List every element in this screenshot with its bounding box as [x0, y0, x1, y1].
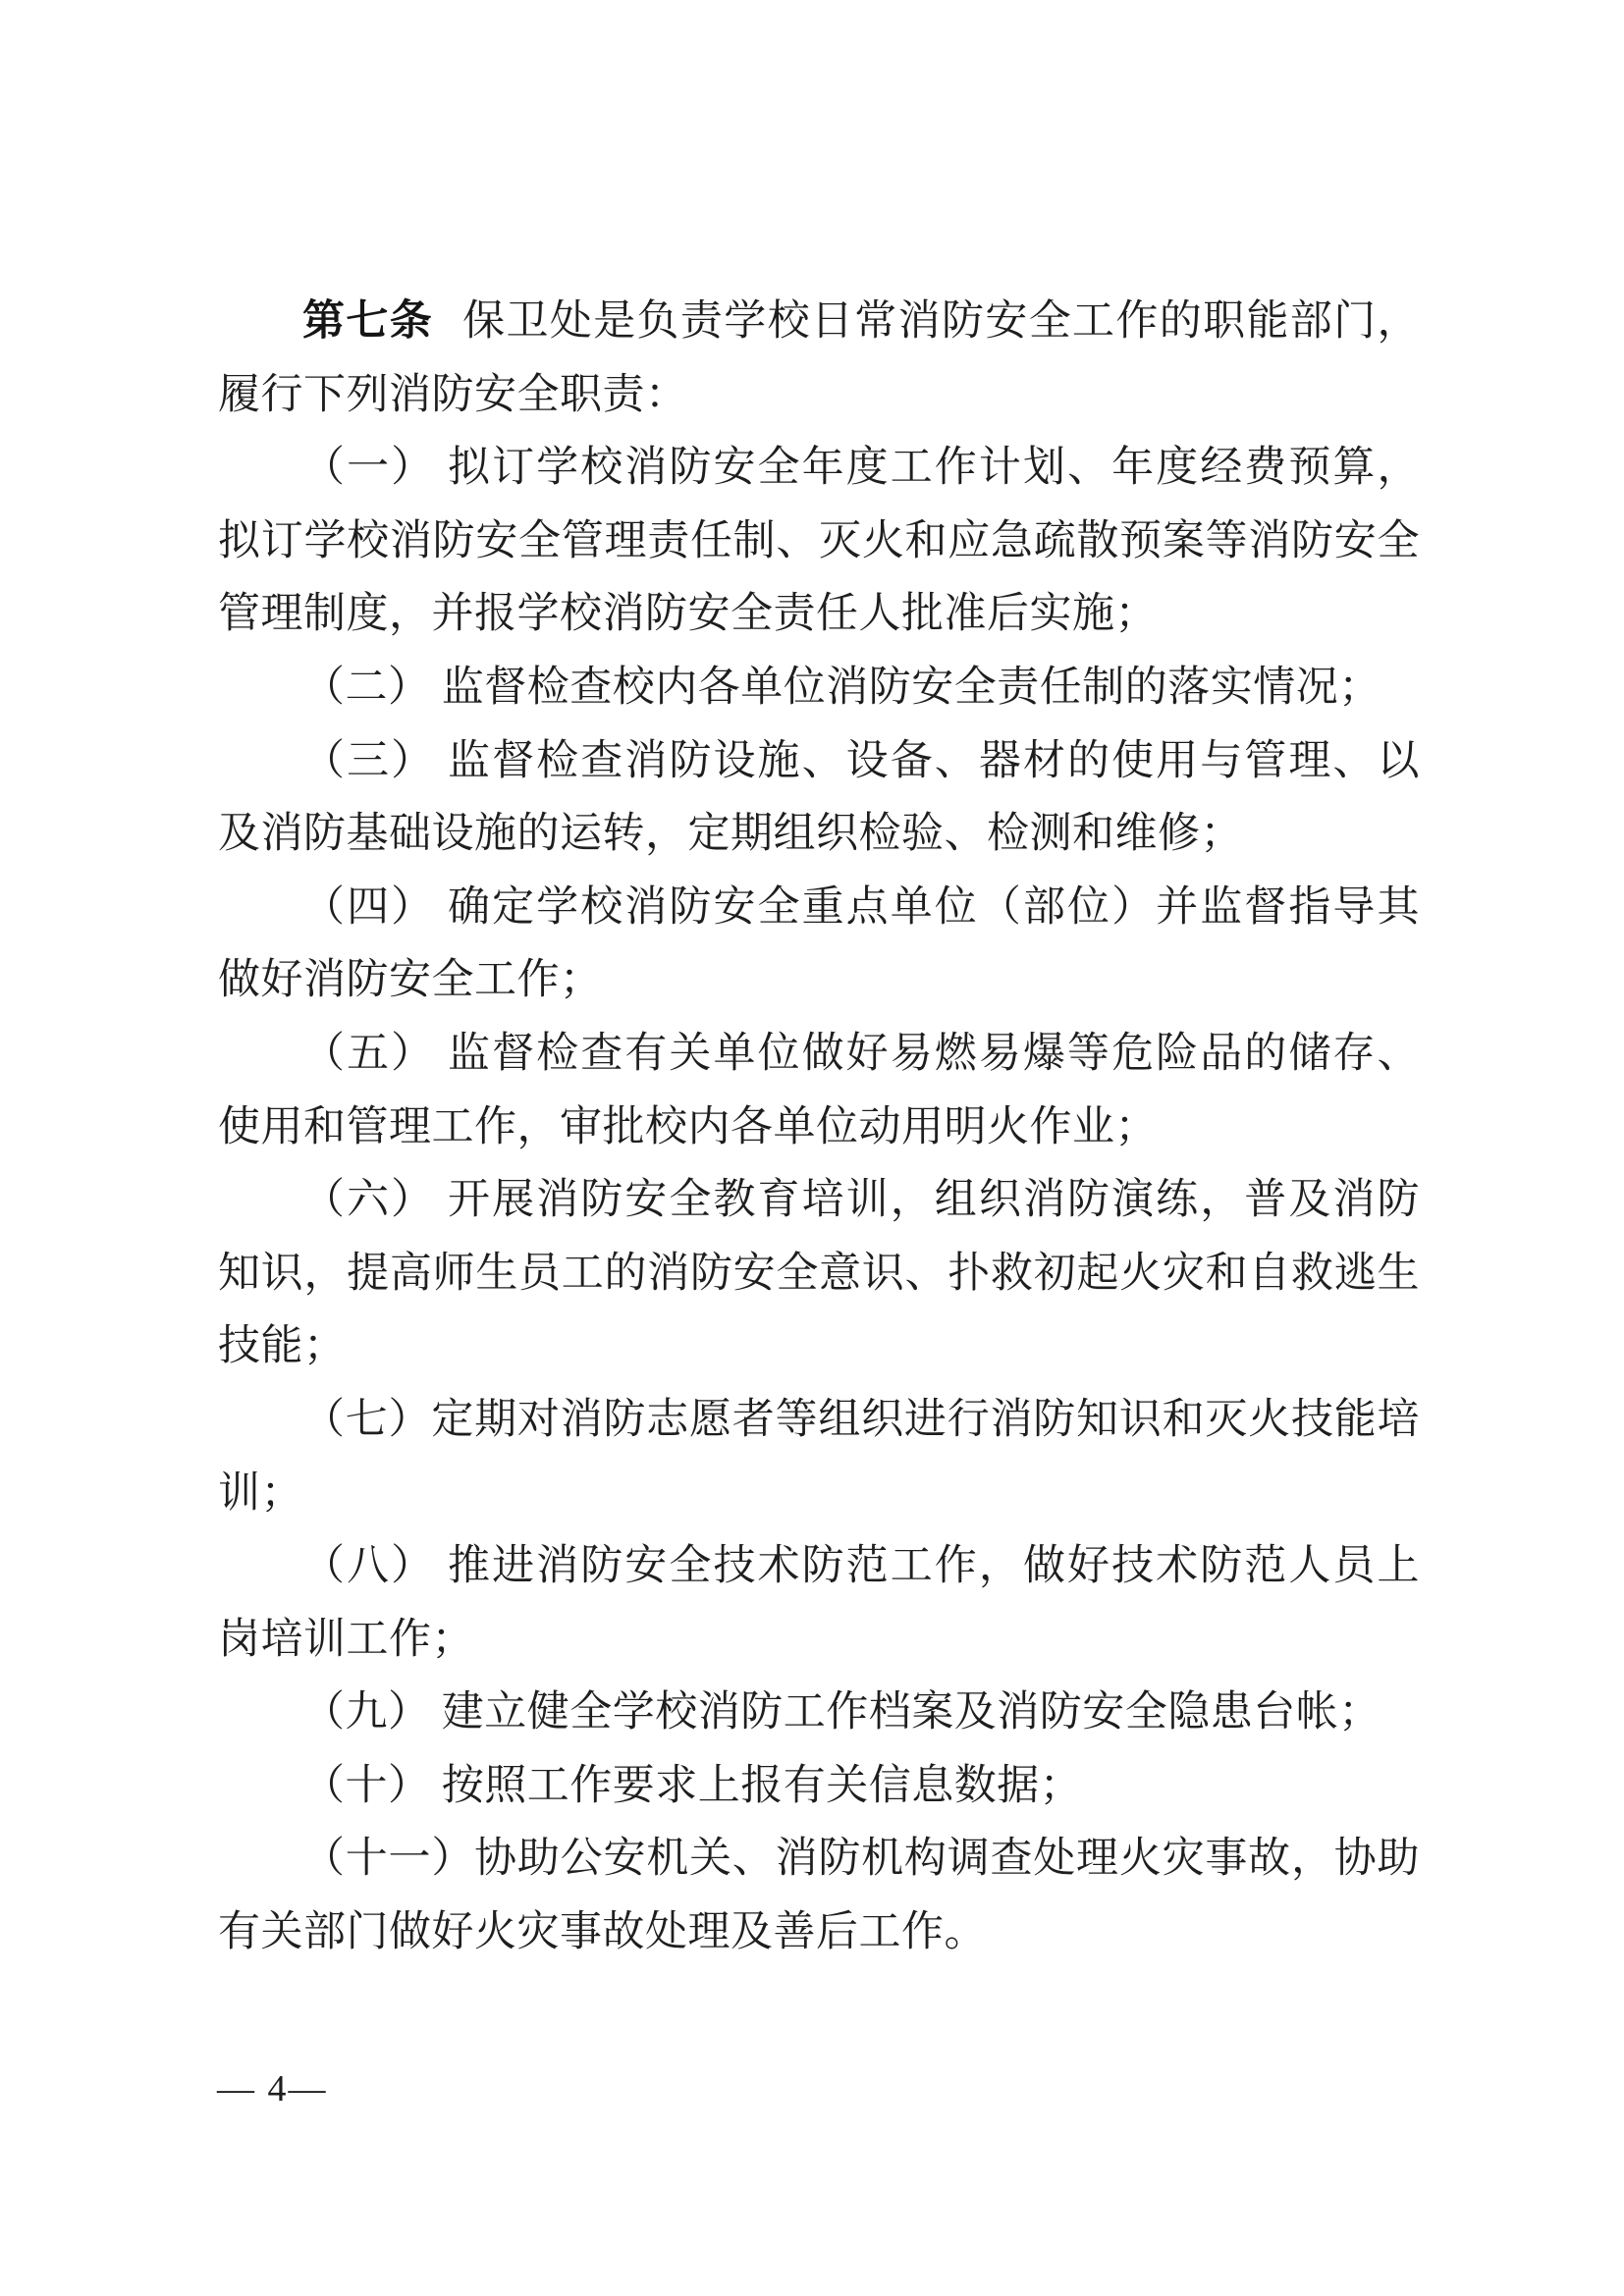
clause-9: （九） 建立健全学校消防工作档案及消防安全隐患台帐； — [218, 1677, 1420, 1750]
clause-10: （十） 按照工作要求上报有关信息数据； — [218, 1750, 1420, 1824]
clause-2: （二） 监督检查校内各单位消防安全责任制的落实情况； — [218, 652, 1420, 725]
clause-6: （六） 开展消防安全教育培训，组织消防演练，普及消防知识，提高师生员工的消防安全… — [218, 1164, 1420, 1384]
clause-3: （三） 监督检查消防设施、设备、器材的使用与管理、以及消防基础设施的运转，定期组… — [218, 725, 1420, 872]
article-number-label: 第七条 — [302, 297, 433, 345]
document-body: 第七条保卫处是负责学校日常消防安全工作的职能部门，履行下列消防安全职责： （一）… — [218, 285, 1420, 1970]
document-page: 第七条保卫处是负责学校日常消防安全工作的职能部门，履行下列消防安全职责： （一）… — [0, 0, 1624, 2296]
clause-8: （八） 推进消防安全技术防范工作，做好技术防范人员上岗培训工作； — [218, 1530, 1420, 1677]
article-heading-paragraph: 第七条保卫处是负责学校日常消防安全工作的职能部门，履行下列消防安全职责： — [218, 285, 1420, 432]
clause-11: （十一）协助公安机关、消防机构调查处理火灾事故，协助有关部门做好火灾事故处理及善… — [218, 1823, 1420, 1969]
clause-4: （四） 确定学校消防安全重点单位（部位）并监督指导其做好消防安全工作； — [218, 872, 1420, 1018]
page-number: — 4— — [217, 2067, 328, 2110]
clause-7: （七）定期对消防志愿者等组织进行消防知识和灭火技能培训； — [218, 1384, 1420, 1530]
clause-1: （一） 拟订学校消防安全年度工作计划、年度经费预算，拟订学校消防安全管理责任制、… — [218, 432, 1420, 652]
clause-5: （五） 监督检查有关单位做好易燃易爆等危险品的储存、使用和管理工作，审批校内各单… — [218, 1018, 1420, 1164]
